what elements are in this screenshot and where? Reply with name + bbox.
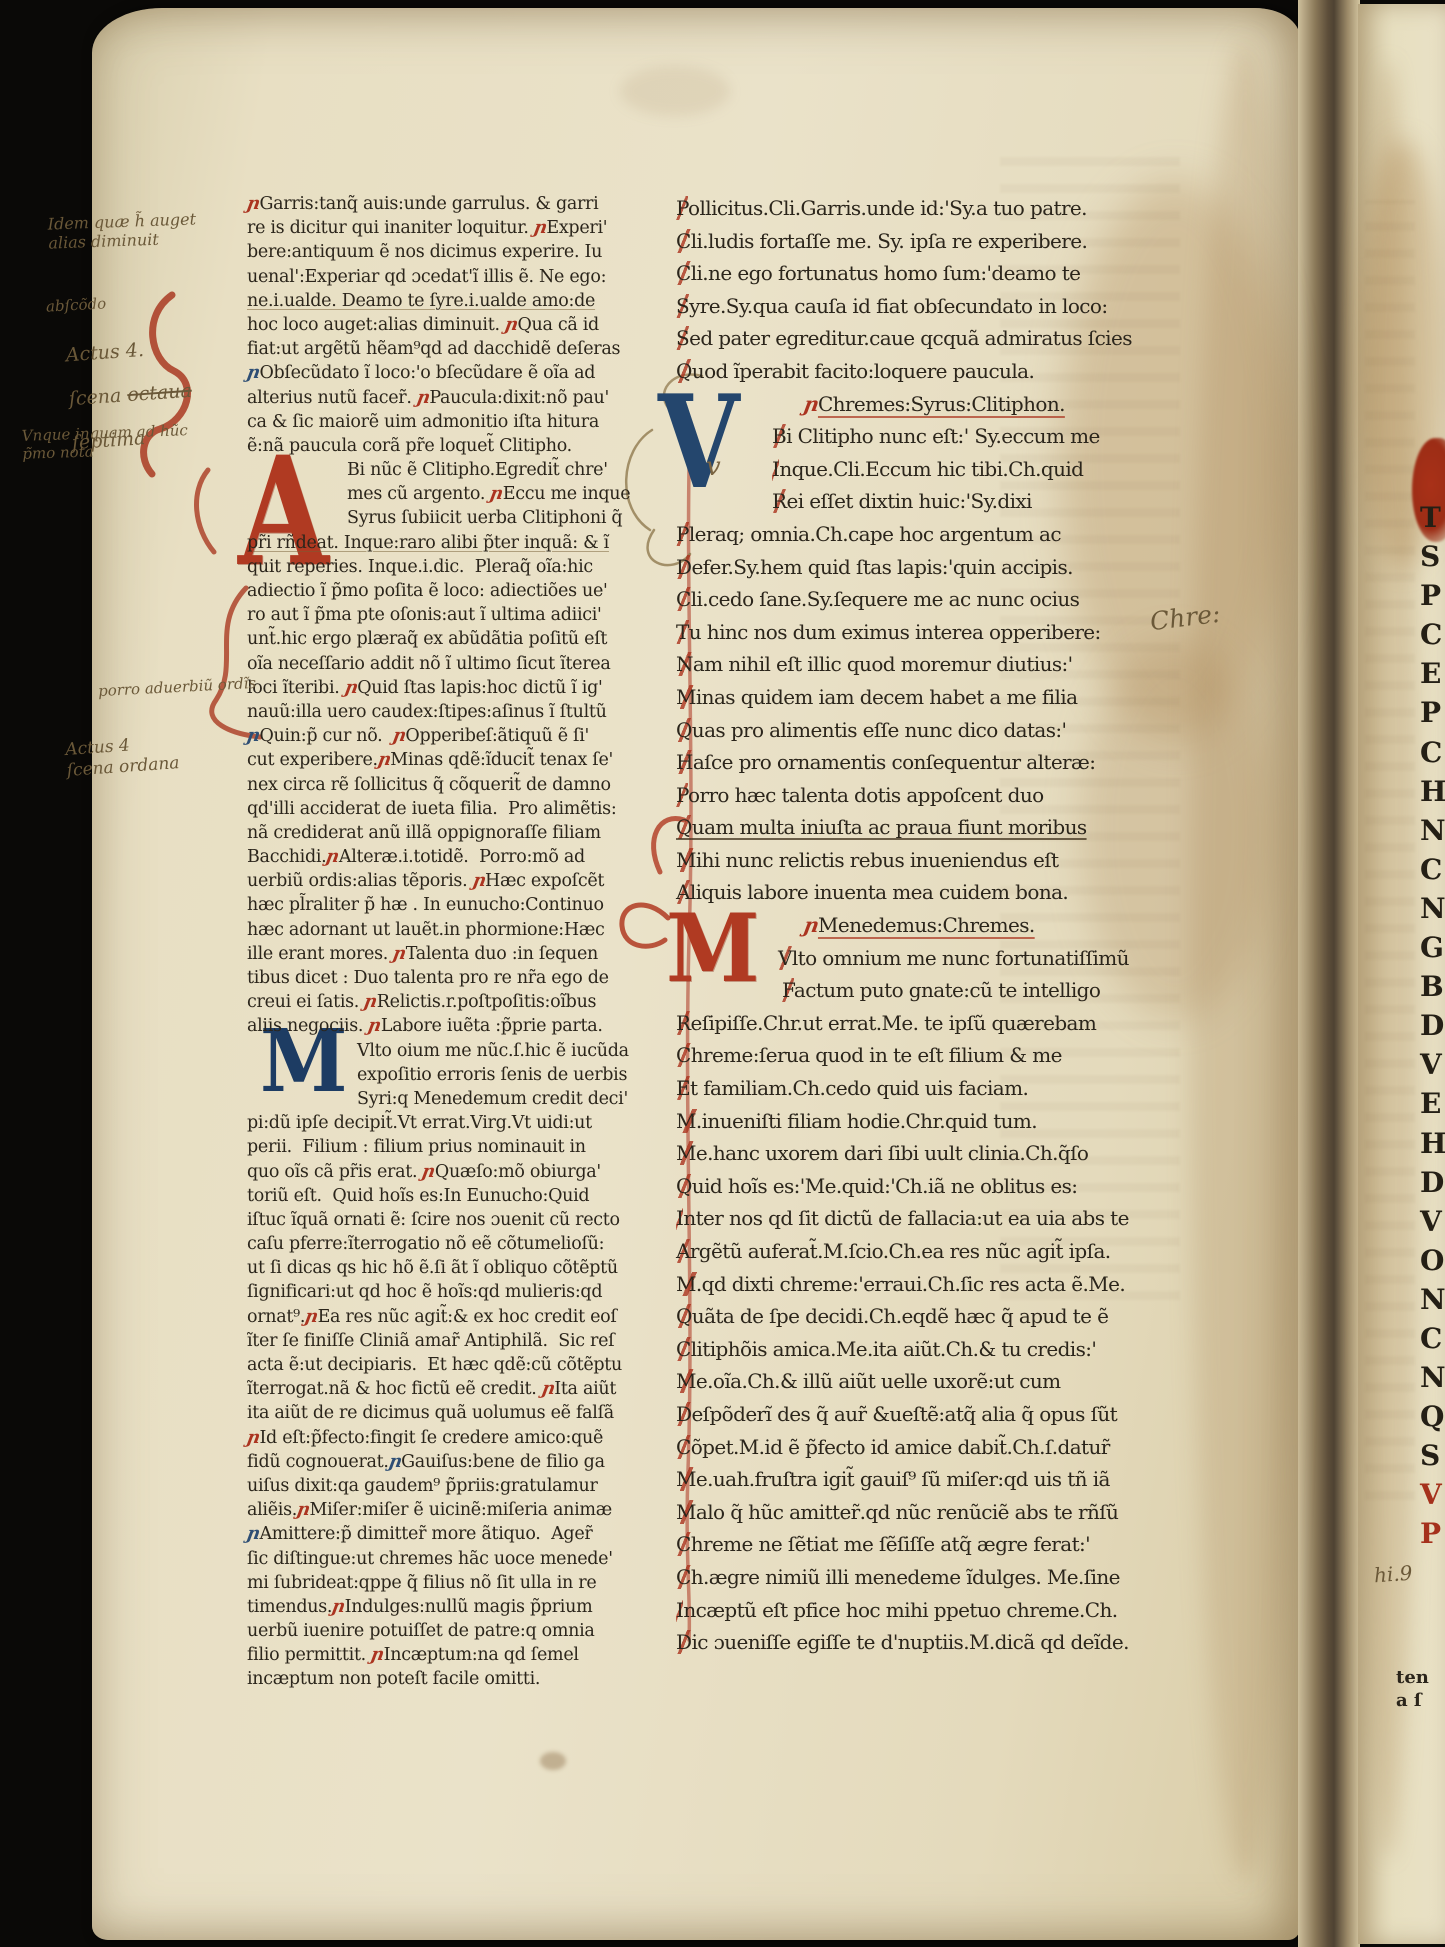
verse-line: Cli.ludis fortaſſe me. Sy. ipſa re exper… <box>676 225 1150 258</box>
marginal-note-auget: Idem quæ h̃ auget alias diminuit <box>47 209 197 252</box>
facing-page-letter: S <box>1420 1436 1445 1475</box>
commentary-line: ca & ſic maiorẽ uim admonitio iſta hitur… <box>247 410 639 434</box>
paragraph-mark-red: ɲ <box>532 216 549 240</box>
paragraph-mark-red: ɲ <box>324 845 341 869</box>
paragraph-mark-red: ɲ <box>245 192 262 216</box>
facing-page-letter: C <box>1420 615 1445 654</box>
commentary-line: hæc adornant ut lauẽt.in phormione:Hæc <box>247 918 639 942</box>
commentary-line: uiſus dixit:qa gaudem⁹ p̃priis:gratulamu… <box>247 1474 639 1498</box>
commentary-line: perii. Filium : filium prius nominauit i… <box>247 1135 639 1159</box>
commentary-line: ſic diſtingue:ut chremes hãc uoce menede… <box>247 1547 639 1571</box>
commentary-line: ita aiũt de re dicimus quã uolumus eẽ fa… <box>247 1401 639 1425</box>
verse-line: Haſce pro ornamentis conſequentur alteræ… <box>676 746 1150 779</box>
facing-page-letter: N <box>1420 1358 1445 1397</box>
paragraph-mark-red: ɲ <box>295 1498 312 1522</box>
paragraph-mark-red: ɲ <box>488 482 505 506</box>
verse-line: Porro hæc talenta dotis appoſcent duo <box>676 779 1150 812</box>
commentary-line: fiat:ut argẽtũ hẽam⁹qd ad dacchidẽ deſer… <box>247 337 639 361</box>
paragraph-mark-red: ɲ <box>415 386 432 410</box>
commentary-line: Vlto oium me nũc.ſ.hic ẽ iucũda <box>247 1039 639 1063</box>
verse-line: Quas pro alimentis eſſe nunc dico datas:… <box>676 714 1150 747</box>
commentary-line: fidũ cognouerat.ɲGauiſus:bene de filio g… <box>247 1450 639 1474</box>
verse-line: Quid hoĩs es:'Me.quid:'Ch.iã ne oblitus … <box>676 1170 1150 1203</box>
verse-line: Argẽtũ auferat̃.M.ſcio.Ch.ea res nũc agi… <box>676 1235 1150 1268</box>
facing-page-letter: V <box>1420 1202 1445 1241</box>
commentary-line: acta ẽ:ut decipiaris. Et hæc qdẽ:cũ cõtẽ… <box>247 1353 639 1377</box>
verse-line: Clitiphõis amica.Me.ita aiũt.Ch.& tu cre… <box>676 1333 1150 1366</box>
verse-line: Inque.Cli.Eccum hic tibi.Ch.quid <box>676 453 1150 486</box>
commentary-line: ɲGarris:tanq̃ auis:unde garrulus. & garr… <box>247 192 639 216</box>
commentary-line: uerbiũ ordis:alias tẽporis. ɲHæc expoſcẽ… <box>247 869 639 893</box>
commentary-line: oĩa neceſſario addit nõ ĩ ultimo ſicut ĩ… <box>247 652 639 676</box>
commentary-line: toriũ eſt. Quid hoĩs es:In Eunucho:Quid <box>247 1184 639 1208</box>
verse-line: Dic ɔueniſſe egiſſe te d'nuptiis.M.dicã … <box>676 1626 1150 1659</box>
verse-line: Chreme:ſerua quod in te eſt filium & me <box>676 1039 1150 1072</box>
paragraph-mark-blue: ɲ <box>245 1522 262 1546</box>
partial-word: ten <box>1396 1666 1429 1689</box>
marginal-note-abscondo: abſcõdo <box>46 294 107 315</box>
facing-page-letter: P <box>1420 576 1445 615</box>
verse-line: Cli.cedo ſane.Sy.ſequere me ac nunc ociu… <box>676 583 1150 616</box>
commentary-line: ornat⁹.ɲEa res nũc agit̃:& ex hoc credit… <box>247 1305 639 1329</box>
paragraph-mark-red: ɲ <box>366 1014 383 1038</box>
paragraph-mark-red: ɲ <box>420 1160 437 1184</box>
struck-word: octaua <box>127 380 193 406</box>
verse-line: Me.hanc uxorem dari ſibi uult clinia.Ch.… <box>676 1137 1150 1170</box>
commentary-line: timendus.ɲIndulges:nullũ magis p̃prium <box>247 1595 639 1619</box>
facing-page-letter: C <box>1420 733 1445 772</box>
commentary-line: incæptum non poteſt facile omitti. <box>247 1667 639 1691</box>
facing-page-letter: T <box>1420 498 1445 537</box>
verse-line: Cli.ne ego fortunatus homo ſum:'deamo te <box>676 257 1150 290</box>
commentary-column: ɲGarris:tanq̃ auis:unde garrulus. & garr… <box>247 192 639 1692</box>
commentary-line: uenal':Experiar qd ɔcedat'ĩ illis ẽ. Ne … <box>247 265 639 289</box>
marginal-line: ſcena <box>68 384 128 410</box>
verse-line: Vlto omnium me nunc fortunatiſſimũ <box>676 942 1150 975</box>
paragraph-mark-blue: ɲ <box>245 724 262 748</box>
commentary-line: unt̃.hic ergo plæraq̃ ex abũdãtia poſitũ… <box>247 627 639 651</box>
paragraph-mark-red: ɲ <box>391 942 408 966</box>
verse-line: Defer.Sy.hem quid ſtas lapis:'quin accip… <box>676 551 1150 584</box>
commentary-line: filio permittit. ɲIncæptum:na qd ſemel <box>247 1643 639 1667</box>
commentary-line: ut ſi dicas qs hic hõ ẽ.ſi ãt ĩ obliquo … <box>247 1256 639 1280</box>
facing-page-letter: E <box>1420 1084 1445 1123</box>
verse-line: Quãta de ſpe decidi.Ch.eqdẽ hæc q̃ apud … <box>676 1300 1150 1333</box>
verse-line: Mihi nunc relictis rebus inueniendus eſt <box>676 844 1150 877</box>
commentary-line: ɲObſecũdato ĩ loco:'o bſecũdare ẽ oĩa ad <box>247 361 639 385</box>
commentary-line: hæc pl̃raliter p̃ hæ . In eunucho:Contin… <box>247 893 639 917</box>
facing-page-letter: E <box>1420 654 1445 693</box>
commentary-line: caſu pferre:ĩterrogatio nõ eẽ cõtumelioſ… <box>247 1232 639 1256</box>
verse-line: Me.uah.fruſtra igit̃ gauiſ⁹ ſũ miſer:qd … <box>676 1463 1150 1496</box>
commentary-line: ɲAmittere:p̃ dimitter̃ more ãtiquo. Ager… <box>247 1522 639 1546</box>
commentary-line: loci ĩteribi. ɲQuid ſtas lapis:hoc dictũ… <box>247 676 639 700</box>
commentary-line: bere:antiquum ẽ nos dicimus experire. Iu <box>247 240 639 264</box>
facing-page-letter: G <box>1420 928 1445 967</box>
paragraph-mark-red: ɲ <box>470 869 487 893</box>
commentary-line: ne.i.ualde. Deamo te ſyre.i.ualde amo:de <box>247 289 639 313</box>
commentary-line: creui ei ſatis. ɲRelictis.r.poſtpoſitis:… <box>247 990 639 1014</box>
facing-page-letter: S <box>1420 537 1445 576</box>
commentary-line: iſtuc ĩquã ornati ẽ: ſcire nos ɔuenit cũ… <box>247 1208 639 1232</box>
verse-column: Pollicitus.Cli.Garris.unde id:'Sy.a tuo … <box>676 192 1150 1659</box>
commentary-line: re is dicitur qui inaniter loquitur. ɲEx… <box>247 216 639 240</box>
paragraph-mark-red: ɲ <box>391 724 408 748</box>
commentary-line: ɲQuin:p̃ cur nõ. ɲOpperibeſ:ãtiquũ ẽ ſi' <box>247 724 639 748</box>
facing-page-letter: C <box>1420 850 1445 889</box>
commentary-line: pr̃i rñdeat. Inque:raro alibi p̃ter inqu… <box>247 531 639 555</box>
verse-line: Minas quidem iam decem habet a me filia <box>676 681 1150 714</box>
facing-page-letter: B <box>1420 967 1445 1006</box>
gutter-fold <box>1298 0 1360 1947</box>
commentary-line: ille erant mores. ɲTalenta duo :in ſeque… <box>247 942 639 966</box>
commentary-line: pi:dũ ipſe decipit̃.Vt errat.Virg.Vt uid… <box>247 1111 639 1135</box>
verse-line: Pollicitus.Cli.Garris.unde id:'Sy.a tuo … <box>676 192 1150 225</box>
commentary-line: ɲId eſt:p̃fecto:fingit ſe credere amico:… <box>247 1426 639 1450</box>
commentary-line: aliẽis.ɲMiſer:miſer ẽ uicinẽ:miſeria ani… <box>247 1498 639 1522</box>
marginal-line: Actus 4. <box>65 339 145 366</box>
verse-line: Inter nos qd ſit dictũ de fallacia:ut ea… <box>676 1202 1150 1235</box>
partial-word: a ſ <box>1396 1689 1429 1712</box>
commentary-line: hoc loco auget:alias diminuit. ɲQua cã i… <box>247 313 639 337</box>
facing-page-letter: Q <box>1420 1397 1445 1436</box>
facing-page-letter-column: TSPCEPCHNCNGBDVEHDVONCNQSVP <box>1420 498 1445 1554</box>
paragraph-mark-red: ɲ <box>503 313 520 337</box>
commentary-line: expoſitio erroris ſenis de uerbis <box>247 1063 639 1087</box>
facing-page-letter: N <box>1420 811 1445 850</box>
commentary-line: nã crediderat anũ illã oppignoraſſe fili… <box>247 821 639 845</box>
verse-line: Malo q̃ hũc amitter̃.qd nũc renũciẽ abs … <box>676 1496 1150 1529</box>
paragraph-mark-red: ɲ <box>801 909 821 942</box>
facing-page-letter: V <box>1420 1475 1445 1514</box>
commentary-line: ro aut ĩ p̃ma pte oſonis:aut ĩ ultima ad… <box>247 603 639 627</box>
facing-page-letter: N <box>1420 1280 1445 1319</box>
commentary-line: Bacchidi.ɲAlteræ.i.totidẽ. Porro:mõ ad <box>247 845 639 869</box>
commentary-line: alterius nutũ facer̃. ɲPaucula:dixit:nõ … <box>247 386 639 410</box>
commentary-line: mi ſubrideat:qppe q̃ filius nõ ſit ulla … <box>247 1571 639 1595</box>
commentary-line: tibus dicet : Duo talenta pro re nr̃a eg… <box>247 966 639 990</box>
paragraph-mark-red: ɲ <box>343 676 360 700</box>
verse-line: ɲChremes:Syrus:Clitiphon. <box>676 388 1150 421</box>
facing-page-letter: H <box>1420 1124 1445 1163</box>
paragraph-mark-red: ɲ <box>245 1426 262 1450</box>
commentary-line: ĩterrogat.nã & hoc fictũ eẽ credit. ɲIta… <box>247 1377 639 1401</box>
paragraph-mark-red: ɲ <box>369 1643 386 1667</box>
paragraph-mark-red: ɲ <box>376 748 393 772</box>
facing-page-letter: V <box>1420 1045 1445 1084</box>
verse-line: Aliquis labore inuenta mea cuidem bona. <box>676 876 1150 909</box>
verse-line: Cõpet.M.id ẽ p̃fecto id amice dabit̃.Ch.… <box>676 1431 1150 1464</box>
commentary-line: nauũ:illa uero caudex:ſtipes:aſinus ĩ ſt… <box>247 700 639 724</box>
verse-line: Deſpõderĩ des q̃ aur̃ &ueſtẽ:atq̃ alia q… <box>676 1398 1150 1431</box>
paragraph-mark-blue: ɲ <box>387 1450 404 1474</box>
paragraph-mark-red: ɲ <box>801 388 821 421</box>
photographed-book-opening: A M V v M ɲGarris:tanq̃ auis:unde garrul… <box>0 0 1445 1947</box>
commentary-line: adiectio ĩ p̃mo poſita ẽ loco: adiectiõe… <box>247 579 639 603</box>
commentary-line: Syrus ſubiicit uerba Clitiphoni q̃ <box>247 506 639 530</box>
paragraph-mark-red: ɲ <box>362 990 379 1014</box>
facing-page-letter: P <box>1420 693 1445 732</box>
verse-line: Syre.Sy.qua cauſa id fiat obſecundato in… <box>676 290 1150 323</box>
facing-page-letter: N <box>1420 889 1445 928</box>
verse-line: Bi Clitipho nunc eſt:' Sy.eccum me <box>676 420 1150 453</box>
verse-line: M.inueniſti filiam hodie.Chr.quid tum. <box>676 1105 1150 1138</box>
verse-line: Quam multa iniuſta ac praua fiunt moribu… <box>676 811 1150 844</box>
paragraph-mark-red: ɲ <box>330 1595 347 1619</box>
commentary-line: Syri:q Menedemum credit deci' <box>247 1087 639 1111</box>
commentary-line: ĩter ſe finiſſe Cliniã amar̃ Antiphilã. … <box>247 1329 639 1353</box>
commentary-line: mes cũ argento. ɲEccu me inque <box>247 482 639 506</box>
verse-line: Nam nihil eſt illic quod moremur diutius… <box>676 648 1150 681</box>
verse-line: Ch.ægre nimiũ illi menedeme ĩdulges. Me.… <box>676 1561 1150 1594</box>
commentary-line: aliis negociis. ɲLabore iuẽta :p̃prie pa… <box>247 1014 639 1038</box>
facing-page-letter: D <box>1420 1006 1445 1045</box>
verse-line: Me.oĩa.Ch.& illũ aiũt uelle uxorẽ:ut cum <box>676 1365 1150 1398</box>
verse-line: Quod ĩperabit facito:loquere paucula. <box>676 355 1150 388</box>
commentary-line: uerbũ iuenire potuiſſet de patre:q omnia <box>247 1619 639 1643</box>
commentary-line: quo oĩs cã pr̃is erat. ɲQuæſo:mõ obiurga… <box>247 1160 639 1184</box>
commentary-line: nex circa rẽ ſollicitus q̃ cõquerit̃ de … <box>247 773 639 797</box>
verse-line: Factum puto gnate:cũ te intelligo <box>676 974 1150 1007</box>
verse-line: M.qd dixti chreme:'erraui.Ch.ſic res act… <box>676 1268 1150 1301</box>
verse-line: Sed pater egreditur.caue qcquã admiratus… <box>676 322 1150 355</box>
commentary-line: ſignificari:ut qd hoc ẽ hoĩs:qd mulieris… <box>247 1280 639 1304</box>
verse-line: Tu hinc nos dum eximus interea opperiber… <box>676 616 1150 649</box>
verse-line: Pleraq; omnia.Ch.cape hoc argentum ac <box>676 518 1150 551</box>
verse-line: Rei eſſet dixtin huic:'Sy.dixi <box>676 485 1150 518</box>
verse-line: Reſipiſſe.Chr.ut errat.Me. te ipſũ quære… <box>676 1007 1150 1040</box>
verse-line: Chreme ne ſẽtiat me ſẽſiſſe atq̃ ægre fe… <box>676 1528 1150 1561</box>
verse-line: ɲMenedemus:Chremes. <box>676 909 1150 942</box>
paragraph-mark-blue: ɲ <box>245 361 262 385</box>
facing-page-letter: P <box>1420 1514 1445 1553</box>
verse-line: Incæptũ eſt pfice hoc mihi ppetuo chreme… <box>676 1594 1150 1627</box>
facing-page-partial-words: tena ſ <box>1396 1666 1429 1712</box>
paragraph-mark-red: ɲ <box>303 1305 320 1329</box>
facing-page-letter: D <box>1420 1163 1445 1202</box>
facing-page-letter: C <box>1420 1319 1445 1358</box>
verse-line: Et familiam.Ch.cedo quid uis faciam. <box>676 1072 1150 1105</box>
commentary-line: ẽ:nã paucula corã pr̃e loquet̃ Clitipho. <box>247 434 639 458</box>
marginal-note-actus-scena: Actus 4 ſcena ordana <box>65 732 180 782</box>
paragraph-mark-red: ɲ <box>540 1377 557 1401</box>
commentary-line: Bi nũc ẽ Clitipho.Egredit̃ chre' <box>247 458 639 482</box>
facing-page-letter: O <box>1420 1241 1445 1280</box>
commentary-line: quit reperies. Inque.i.dic. Pleraq̃ oĩa:… <box>247 555 639 579</box>
commentary-line: qd'illi acciderat de iueta filia. Pro al… <box>247 797 639 821</box>
commentary-line: cut experibere.ɲMinas qdẽ:ĩducit̃ tenax … <box>247 748 639 772</box>
facing-page-letter: H <box>1420 772 1445 811</box>
marginal-note-inquam: Vnque inquam ad hũc p̃mo nota <box>21 421 188 463</box>
marginal-note-hi9: hi.9 <box>1373 1561 1413 1588</box>
